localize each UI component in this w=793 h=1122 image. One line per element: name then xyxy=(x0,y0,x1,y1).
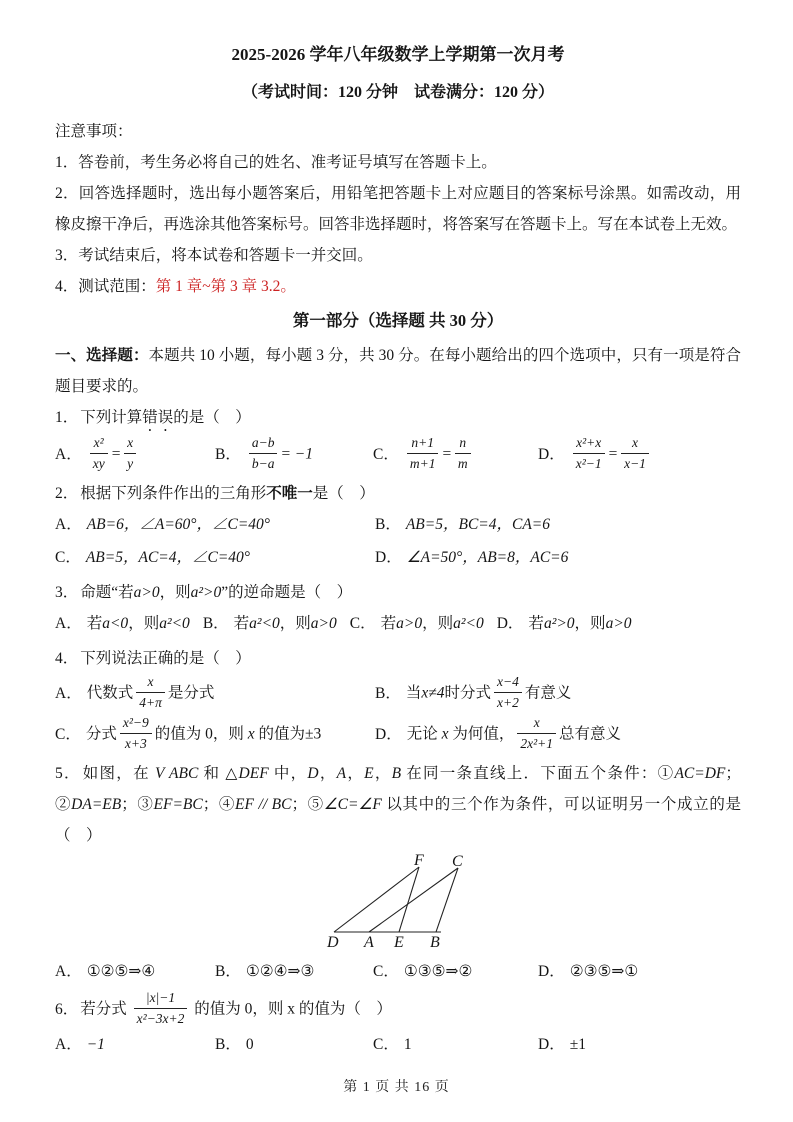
text-segment: a>0 xyxy=(606,615,632,632)
text-segment: 若 xyxy=(381,615,397,632)
figure-point-label: B xyxy=(430,934,440,950)
answer-option: D．②③⑤⇒① xyxy=(538,957,741,987)
text-segment: DA=EB xyxy=(71,796,121,813)
text-segment: 若 xyxy=(87,615,103,632)
question-6: 6．若分式 |x|−1x²−3x+2 的值为 0，则 x 的值为（ ）A．−1B… xyxy=(55,991,741,1060)
text-segment: 下列说法正确的是（ ） xyxy=(80,650,251,667)
page-title: 2025-2026 学年八年级数学上学期第一次月考 xyxy=(55,40,741,70)
option-label: A． xyxy=(55,516,82,533)
option-label: C． xyxy=(350,615,376,632)
text-segment: AB=5，BC=4，CA=6 xyxy=(406,516,550,533)
text-segment: 在同一条直线上．下面五个条件：① xyxy=(401,765,674,782)
text-segment: ，则 xyxy=(575,615,606,632)
figure-point-label: E xyxy=(393,934,404,950)
answer-option: C．1 xyxy=(373,1030,538,1060)
fraction-denominator: 2x²+1 xyxy=(517,734,556,753)
fraction-numerator: x xyxy=(136,673,165,693)
text-segment: ，则 xyxy=(422,615,453,632)
answer-option: A．x²xy=xy xyxy=(55,436,215,474)
figure-line xyxy=(369,868,458,932)
question-number: 6． xyxy=(55,1001,78,1018)
text-segment: EF=BC xyxy=(154,796,203,813)
fraction-denominator: 4+π xyxy=(136,693,165,712)
option-label: C． xyxy=(373,446,399,463)
options-row: A．x²xy=xyB．a−bb−a= −1C．n+1m+1=nmD．x²+xx²… xyxy=(55,436,741,474)
text-segment: 根据下列条件作出的三角形 xyxy=(80,485,266,502)
fraction-numerator: n+1 xyxy=(407,434,439,454)
text-segment: E xyxy=(364,765,373,782)
text-segment: 下列计算 xyxy=(80,409,142,426)
fraction-numerator: x xyxy=(621,434,649,454)
fraction-numerator: x−4 xyxy=(494,673,522,693)
text-segment: a<0 xyxy=(102,615,128,632)
text-segment: ，则 xyxy=(128,615,159,632)
text-segment: 若 xyxy=(528,615,544,632)
section-intro: 一、选择题：本题共 10 小题，每小题 3 分，共 30 分。在每小题给出的四个… xyxy=(55,340,741,402)
text-segment: ①③⑤⇒② xyxy=(404,963,473,980)
fraction-numerator: x xyxy=(124,434,136,454)
answer-option: B．0 xyxy=(215,1030,373,1060)
text-segment: 总有意义 xyxy=(559,726,621,743)
fraction: xy xyxy=(124,434,136,472)
text-segment: −1 xyxy=(87,1036,105,1053)
option-label: A． xyxy=(55,615,82,632)
option-label: D． xyxy=(497,615,524,632)
question-2: 2．根据下列条件作出的三角形不唯一是（ ）A．AB=6，∠A=60°，∠C=40… xyxy=(55,478,741,573)
text-segment: EF // BC xyxy=(235,796,291,813)
text-segment: ∠A=50°，AB=8，AC=6 xyxy=(407,549,569,566)
text-segment: 的值为±3 xyxy=(259,726,322,743)
text-segment: = −1 xyxy=(280,446,313,463)
fraction: xx−1 xyxy=(621,434,649,472)
fraction: x²+xx²−1 xyxy=(573,434,605,472)
notice-4-scope-highlight: 第 1 章~第 3 章 3.2。 xyxy=(156,278,296,295)
text-segment: 1 xyxy=(404,1036,412,1053)
text-segment: a²>0 xyxy=(191,584,222,601)
fraction: x2x²+1 xyxy=(517,714,556,752)
fraction-numerator: x² xyxy=(90,434,108,454)
question-4: 4．下列说法正确的是（ ）A．代数式x4+π是分式B．当x≠4时分式x−4x+2… xyxy=(55,643,741,754)
text-segment: D xyxy=(307,765,318,782)
text-segment: 无论 xyxy=(407,726,438,743)
figure-line xyxy=(436,868,458,932)
option-label: A． xyxy=(55,446,82,463)
fraction-numerator: a−b xyxy=(249,434,278,454)
text-segment: 当 xyxy=(406,685,422,702)
answer-option: A．①②⑤⇒④ xyxy=(55,957,215,987)
text-segment: A xyxy=(337,765,346,782)
question-number: 2． xyxy=(55,485,78,502)
answer-option: B．若a²<0，则a>0 xyxy=(203,609,337,639)
fraction-denominator: y xyxy=(124,454,136,473)
triangle-figure: DAEBFC xyxy=(317,854,741,955)
question-1: 1．下列计算错误的是（ ）A．x²xy=xyB．a−bb−a= −1C．n+1m… xyxy=(55,402,741,474)
question-number: 1． xyxy=(55,409,78,426)
fraction-numerator: x xyxy=(517,714,556,734)
option-label: C． xyxy=(55,549,81,566)
text-segment: a>0 xyxy=(134,584,160,601)
text-segment: a²<0 xyxy=(249,615,280,632)
text-segment: x≠4 xyxy=(421,685,444,702)
text-segment: 不唯一 xyxy=(266,485,313,502)
text-segment: ；③ xyxy=(121,796,153,813)
question-number: 4． xyxy=(55,650,78,667)
option-label: B． xyxy=(215,1036,241,1053)
fraction: x−4x+2 xyxy=(494,673,522,711)
text-segment: 若分式 xyxy=(80,1001,130,1018)
text-segment: ①②⑤⇒④ xyxy=(87,963,156,980)
answer-option: D．∠A=50°，AB=8，AC=6 xyxy=(375,543,741,573)
answer-option: C．AB=5，AC=4，∠C=40° xyxy=(55,543,375,573)
question-5: 5．如图，在 V ABC 和 △DEF 中，D，A，E，B 在同一条直线上．下面… xyxy=(55,758,741,987)
text-segment: 如图，在 xyxy=(83,765,155,782)
question-stem: 3．命题“若a>0，则a²>0”的逆命题是（ ） xyxy=(55,577,741,608)
text-segment: 的值为 0，则 x 的值为（ ） xyxy=(190,1001,392,1018)
text-segment: DEF xyxy=(239,765,269,782)
exam-page: 2025-2026 学年八年级数学上学期第一次月考 （考试时间：120 分钟 试… xyxy=(0,0,793,1122)
text-segment: a>0 xyxy=(396,615,422,632)
option-label: C． xyxy=(373,963,399,980)
option-label: B． xyxy=(215,446,241,463)
notice-4: 4．测试范围：第 1 章~第 3 章 3.2。 xyxy=(55,271,741,302)
option-label: C． xyxy=(55,726,81,743)
text-segment: a²>0 xyxy=(544,615,575,632)
fraction-denominator: x−1 xyxy=(621,454,649,473)
figure-line xyxy=(334,867,419,932)
text-segment: ±1 xyxy=(570,1036,586,1053)
question-number: 3． xyxy=(55,584,78,601)
text-segment: 错误 xyxy=(142,409,173,426)
figure-line xyxy=(399,867,419,932)
option-label: B． xyxy=(203,615,229,632)
section-intro-body: 本题共 10 小题，每小题 3 分，共 30 分。在每小题给出的四个选项中，只有… xyxy=(55,347,741,395)
text-segment: 0 xyxy=(246,1036,254,1053)
answer-option: A．−1 xyxy=(55,1030,215,1060)
text-segment: a>0 xyxy=(311,615,337,632)
text-segment: AB=6，∠A=60°，∠C=40° xyxy=(87,516,270,533)
fraction: a−bb−a xyxy=(249,434,278,472)
fraction: nm xyxy=(455,434,471,472)
fraction-denominator: m xyxy=(455,454,471,473)
figure-point-label: C xyxy=(452,854,463,870)
option-label: D． xyxy=(375,726,402,743)
fraction-denominator: x²−1 xyxy=(573,454,605,473)
answer-option: B．a−bb−a= −1 xyxy=(215,436,373,474)
question-stem: 2．根据下列条件作出的三角形不唯一是（ ） xyxy=(55,478,741,509)
text-segment: x xyxy=(438,726,453,743)
text-segment: a²<0 xyxy=(453,615,484,632)
answer-option: D．±1 xyxy=(538,1030,741,1060)
section-title: 第一部分（选择题 共 30 分） xyxy=(55,304,741,338)
text-segment: 的值为 0，则 xyxy=(155,726,244,743)
page-number: 第 1 页 共 16 页 xyxy=(0,1076,793,1096)
answer-option: A．代数式x4+π是分式 xyxy=(55,675,375,713)
text-segment: 时分式 xyxy=(445,685,492,702)
fraction: |x|−1x²−3x+2 xyxy=(134,989,188,1027)
text-segment: 代数式 xyxy=(87,685,134,702)
fraction-denominator: xy xyxy=(90,454,108,473)
answer-option: B．当x≠4时分式x−4x+2有意义 xyxy=(375,675,741,713)
option-label: B． xyxy=(215,963,241,980)
option-label: C． xyxy=(373,1036,399,1053)
fraction-numerator: x²+x xyxy=(573,434,605,454)
figure-point-label: F xyxy=(413,854,424,869)
exam-meta: （考试时间：120 分钟 试卷满分：120 分） xyxy=(55,78,741,108)
option-label: A． xyxy=(55,685,82,702)
fraction: n+1m+1 xyxy=(407,434,439,472)
question-stem: 4．下列说法正确的是（ ） xyxy=(55,643,741,674)
option-label: A． xyxy=(55,963,82,980)
answer-option: B．AB=5，BC=4，CA=6 xyxy=(375,510,741,540)
notice-2: 2．回答选择题时，选出每小题答案后，用铅笔把答题卡上对应题目的答案标号涂黑。如需… xyxy=(55,178,741,240)
text-segment: 和 △ xyxy=(198,765,238,782)
question-stem: 6．若分式 |x|−1x²−3x+2 的值为 0，则 x 的值为（ ） xyxy=(55,991,741,1029)
text-segment: ②③⑤⇒① xyxy=(570,963,639,980)
answer-option: C．n+1m+1=nm xyxy=(373,436,538,474)
text-segment: a²<0 xyxy=(159,615,190,632)
fraction-denominator: x+3 xyxy=(120,734,152,753)
text-segment: 中， xyxy=(269,765,308,782)
options-row: A．AB=6，∠A=60°，∠C=40°B．AB=5，BC=4，CA=6C．AB… xyxy=(55,510,741,573)
text-segment: ， xyxy=(374,765,392,782)
questions: 1．下列计算错误的是（ ）A．x²xy=xyB．a−bb−a= −1C．n+1m… xyxy=(55,402,741,1060)
option-label: B． xyxy=(375,516,401,533)
question-number: 5． xyxy=(55,765,81,782)
text-segment: ①②④⇒③ xyxy=(246,963,315,980)
notices-heading: 注意事项： xyxy=(55,116,741,147)
figure-point-label: D xyxy=(326,934,339,950)
fraction-denominator: m+1 xyxy=(407,454,439,473)
answer-option: D．x²+xx²−1=xx−1 xyxy=(538,436,741,474)
answer-option: D．无论 x 为何值，x2x²+1总有意义 xyxy=(375,716,741,754)
text-segment: 若 xyxy=(234,615,250,632)
question-stem: 1．下列计算错误的是（ ） xyxy=(55,402,741,435)
options-row: A．①②⑤⇒④B．①②④⇒③C．①③⑤⇒②D．②③⑤⇒① xyxy=(55,957,741,987)
fraction-numerator: n xyxy=(455,434,471,454)
triangle-figure-svg: DAEBFC xyxy=(317,854,547,950)
text-segment: ， xyxy=(319,765,337,782)
text-segment: ∠C=∠F xyxy=(324,796,382,813)
text-segment: 是分式 xyxy=(168,685,215,702)
answer-option: C．分式x²−9x+3的值为 0，则 x 的值为±3 xyxy=(55,716,375,754)
text-segment: AC=DF xyxy=(674,765,725,782)
text-segment: ；④ xyxy=(203,796,235,813)
fraction-denominator: b−a xyxy=(249,454,278,473)
text-segment: = xyxy=(441,446,451,463)
option-label: D． xyxy=(538,1036,565,1053)
question-stem: 5．如图，在 V ABC 和 △DEF 中，D，A，E，B 在同一条直线上．下面… xyxy=(55,758,741,851)
answer-option: C．①③⑤⇒② xyxy=(373,957,538,987)
fraction-numerator: |x|−1 xyxy=(134,989,188,1009)
text-segment: 命题“若 xyxy=(80,584,133,601)
text-segment: ， xyxy=(346,765,364,782)
option-label: D． xyxy=(538,446,565,463)
text-segment: 的是（ ） xyxy=(173,409,251,426)
fraction: x²−9x+3 xyxy=(120,714,152,752)
figure-point-label: A xyxy=(363,934,374,950)
notice-3: 3．考试结束后，将本试卷和答题卡一并交回。 xyxy=(55,240,741,271)
text-segment: ，则 xyxy=(160,584,191,601)
answer-option: D．若a²>0，则a>0 xyxy=(497,609,632,639)
question-3: 3．命题“若a>0，则a²>0”的逆命题是（ ）A．若a<0，则a²<0B．若a… xyxy=(55,577,741,639)
options-row: A．代数式x4+π是分式B．当x≠4时分式x−4x+2有意义C．分式x²−9x+… xyxy=(55,675,741,754)
answer-option: B．①②④⇒③ xyxy=(215,957,373,987)
text-segment: B xyxy=(392,765,401,782)
text-segment: 是（ ） xyxy=(313,485,375,502)
fraction: x²xy xyxy=(90,434,108,472)
text-segment: V ABC xyxy=(155,765,198,782)
text-segment: ”的逆命题是（ ） xyxy=(221,584,352,601)
fraction-denominator: x²−3x+2 xyxy=(134,1009,188,1028)
fraction-denominator: x+2 xyxy=(494,693,522,712)
text-segment: = xyxy=(111,446,121,463)
text-segment: x xyxy=(244,726,259,743)
text-segment: 有意义 xyxy=(525,685,572,702)
option-label: B． xyxy=(375,685,401,702)
option-label: D． xyxy=(538,963,565,980)
text-segment: ，则 xyxy=(280,615,311,632)
fraction: x4+π xyxy=(136,673,165,711)
options-row: A．若a<0，则a²<0B．若a²<0，则a>0C．若a>0，则a²<0D．若a… xyxy=(55,609,741,639)
answer-option: C．若a>0，则a²<0 xyxy=(350,609,484,639)
options-row: A．−1B．0C．1D．±1 xyxy=(55,1030,741,1060)
section-intro-lead: 一、选择题： xyxy=(55,347,149,364)
text-segment: ；⑤ xyxy=(291,796,323,813)
text-segment: 为何值， xyxy=(452,726,514,743)
text-segment: AB=5，AC=4，∠C=40° xyxy=(86,549,250,566)
answer-option: A．若a<0，则a²<0 xyxy=(55,609,190,639)
option-label: D． xyxy=(375,549,402,566)
notice-4-prefix: 4．测试范围： xyxy=(55,278,156,295)
notice-1: 1．答卷前，考生务必将自己的姓名、准考证号填写在答题卡上。 xyxy=(55,147,741,178)
answer-option: A．AB=6，∠A=60°，∠C=40° xyxy=(55,510,375,540)
text-segment: 分式 xyxy=(86,726,117,743)
fraction-numerator: x²−9 xyxy=(120,714,152,734)
option-label: A． xyxy=(55,1036,82,1053)
text-segment: = xyxy=(608,446,618,463)
